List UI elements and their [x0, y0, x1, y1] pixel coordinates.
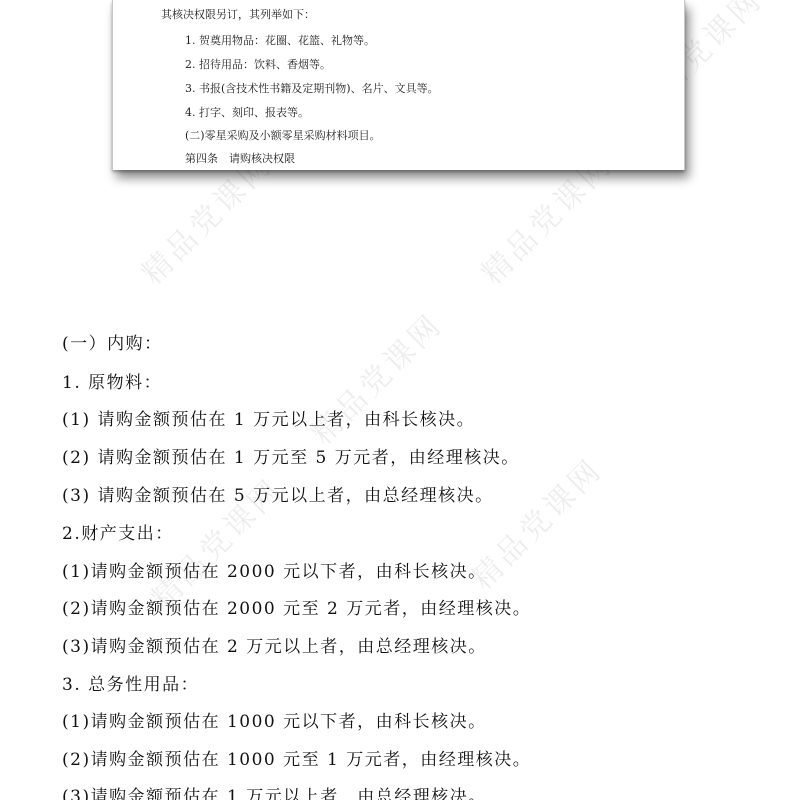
rule-item: (1)请购金额预估在 1000 元以下者，由科长核决。 [62, 711, 487, 733]
rule-item: (2) 请购金额预估在 1 万元至 5 万元者，由经理核决。 [62, 447, 520, 469]
rule-item: (3) 请购金额预估在 5 万元以上者，由总经理核决。 [62, 485, 494, 507]
rule-item: (1) 请购金额预估在 1 万元以上者，由科长核决。 [62, 409, 475, 431]
preview-line: 其核决权限另订，其列举如下： [161, 8, 315, 22]
rule-item: (2)请购金额预估在 2000 元至 2 万元者，由经理核决。 [62, 598, 531, 620]
preview-list-item: 4. 打字、刻印、报表等。 [185, 106, 309, 120]
preview-list-item: 3. 书报(含技术性书籍及定期刊物)、名片、文具等。 [185, 82, 439, 96]
rule-item: (2)请购金额预估在 1000 元至 1 万元者，由经理核决。 [62, 749, 531, 771]
document-page-preview: 其核决权限另订，其列举如下： 1. 贺奠用物品：花圈、花篮、礼物等。 2. 招待… [112, 0, 685, 170]
subsection-heading: 2.财产支出： [62, 523, 174, 545]
preview-heading: 第四条 请购核决权限 [185, 152, 295, 166]
section-heading: (一）内购： [62, 333, 163, 355]
subsection-heading: 3. 总务性用品： [62, 674, 199, 696]
preview-list-item: 2. 招待用品：饮料、香烟等。 [185, 58, 331, 72]
rule-item: (3)请购金额预估在 2 万元以上者，由总经理核决。 [62, 636, 487, 658]
preview-line: (二)零星采购及小额零星采购材料项目。 [185, 129, 381, 143]
preview-list-item: 1. 贺奠用物品：花圈、花篮、礼物等。 [185, 34, 375, 48]
rule-item: (3)请购金额预估在 1 万元以上者，由总经理核决。 [62, 786, 487, 800]
subsection-heading: 1. 原物料： [62, 372, 162, 394]
rule-item: (1)请购金额预估在 2000 元以下者，由科长核决。 [62, 561, 487, 583]
